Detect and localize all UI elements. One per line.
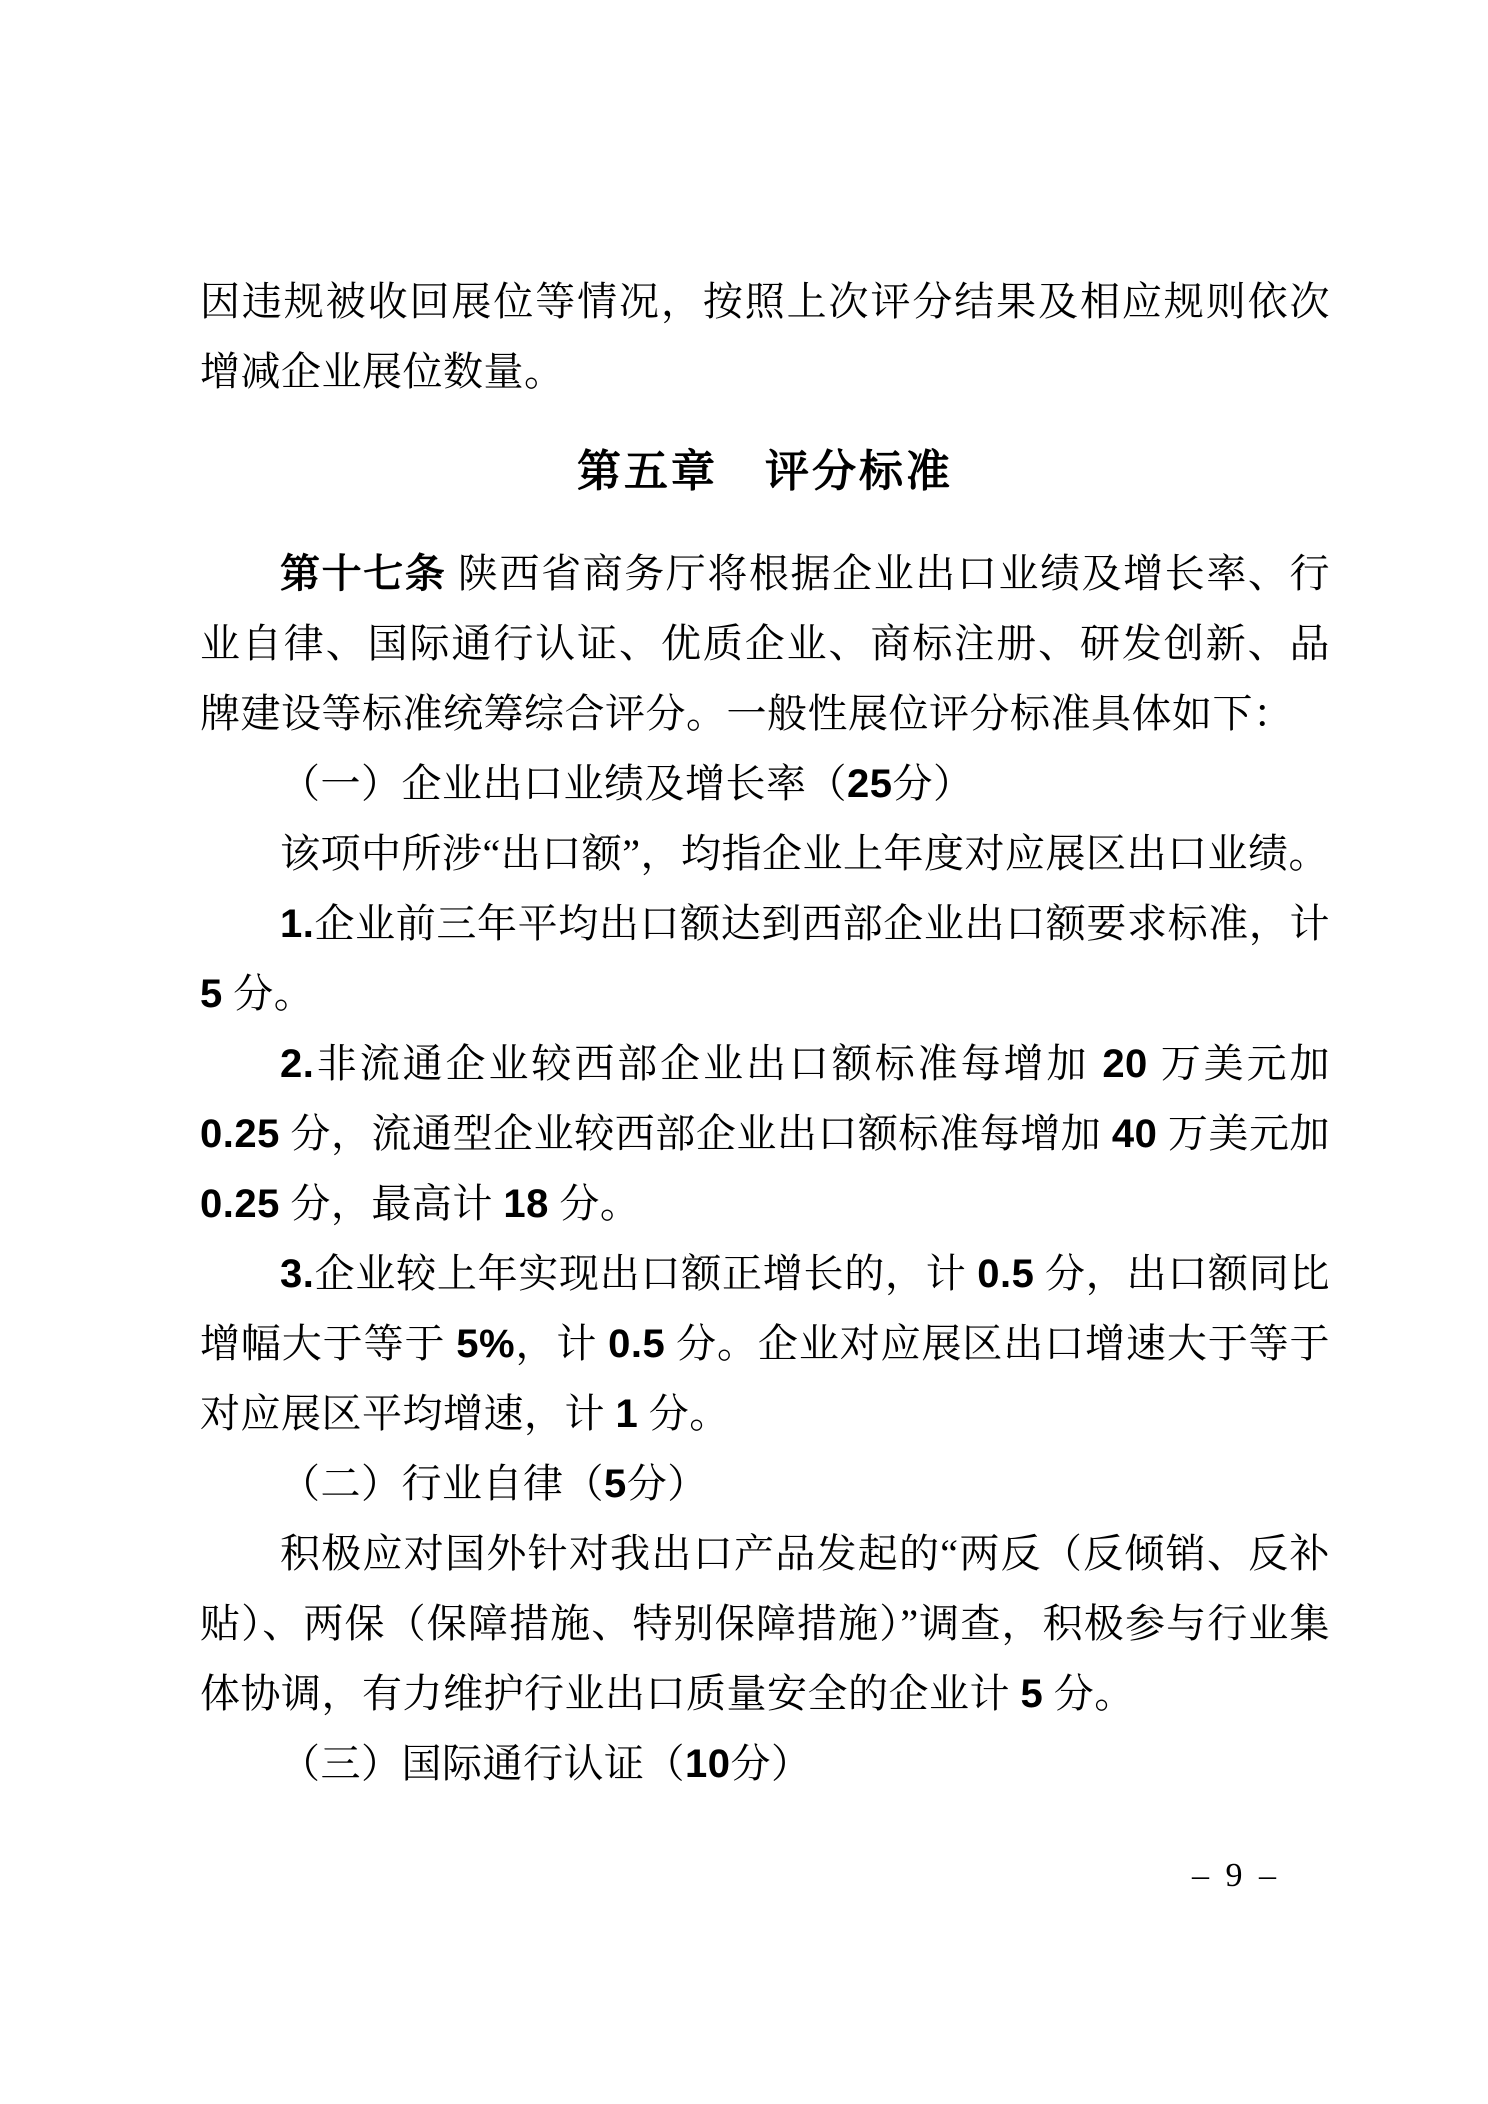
chapter-heading: 第五章 评分标准 [200,437,1330,507]
paragraph: 该项中所涉“出口额”，均指企业上年度对应展区出口业绩。 [200,819,1330,889]
number-run: 1 [616,1392,639,1436]
number-run: 2. [280,1042,314,1086]
paragraph: 第十七条 陕西省商务厅将根据企业出口业绩及增长率、行业自律、国际通行认证、优质企… [200,539,1330,749]
text-run: 万美元加 [1148,1041,1330,1086]
text-run: 分） [731,1741,812,1786]
bold-run: 第五章 评分标准 [577,447,953,496]
number-run: 0.5 [608,1322,665,1366]
number-run: 10 [685,1742,731,1786]
text-run: 分。 [1043,1671,1135,1716]
text-run: （一）企业出口业绩及增长率（ [280,761,847,806]
text-run: 万美元加 [1157,1111,1330,1156]
paragraph: （三）国际通行认证（10分） [200,1729,1330,1799]
text-run: 分，流通型企业较西部企业出口额标准每增加 [280,1111,1112,1156]
text-run: 非流通企业较西部企业出口额标准每增加 [314,1041,1102,1086]
number-run: 0.25 [200,1182,280,1226]
paragraph: 3.企业较上年实现出口额正增长的，计 0.5 分，出口额同比增幅大于等于 5%，… [200,1239,1330,1449]
paragraph: 1.企业前三年平均出口额达到西部企业出口额要求标准，计 5 分。 [200,889,1330,1029]
paragraph: 2.非流通企业较西部企业出口额标准每增加 20 万美元加 0.25 分，流通型企… [200,1029,1330,1239]
number-run: 18 [503,1182,549,1226]
text-run: （二）行业自律（ [280,1461,604,1506]
text-run: 企业较上年实现出口额正增长的，计 [314,1251,977,1296]
paragraph: （二）行业自律（5分） [200,1449,1330,1519]
text-run: 该项中所涉“出口额”，均指企业上年度对应展区出口业绩。 [280,831,1329,876]
number-run: 5% [456,1322,515,1366]
text-run: 因违规被收回展位等情况，按照上次评分结果及相应规则依次增减企业展位数量。 [200,279,1330,394]
paragraph: 积极应对国外针对我出口产品发起的“两反（反倾销、反补贴）、两保（保障措施、特别保… [200,1519,1330,1729]
text-run: 分） [893,761,974,806]
text-run: 企业前三年平均出口额达到西部企业出口额要求标准，计 [314,901,1330,946]
text-run: 分。 [549,1181,641,1226]
bold-run: 第十七条 [280,552,446,596]
text-run: 分。 [638,1391,730,1436]
number-run: 20 [1102,1042,1148,1086]
document-body: 因违规被收回展位等情况，按照上次评分结果及相应规则依次增减企业展位数量。第五章 … [200,267,1330,1799]
number-run: 0.25 [200,1112,280,1156]
text-run: （三）国际通行认证（ [280,1741,685,1786]
page-number: – 9 – [1192,1856,1280,1896]
number-run: 40 [1112,1112,1158,1156]
number-run: 5 [604,1462,627,1506]
number-run: 3. [280,1252,314,1296]
text-run: ，计 [515,1321,608,1366]
text-run: 分，最高计 [280,1181,504,1226]
number-run: 0.5 [977,1252,1034,1296]
number-run: 25 [847,762,893,806]
number-run: 5 [1021,1672,1044,1716]
text-run: 分） [627,1461,708,1506]
text-run: 积极应对国外针对我出口产品发起的“两反（反倾销、反补贴）、两保（保障措施、特别保… [200,1531,1330,1716]
number-run: 5 [200,972,223,1016]
text-run: 分。 [223,971,315,1016]
paragraph: （一）企业出口业绩及增长率（25分） [200,749,1330,819]
document-page: 因违规被收回展位等情况，按照上次评分结果及相应规则依次增减企业展位数量。第五章 … [0,0,1488,2104]
paragraph: 因违规被收回展位等情况，按照上次评分结果及相应规则依次增减企业展位数量。 [200,267,1330,407]
number-run: 1. [280,902,314,946]
